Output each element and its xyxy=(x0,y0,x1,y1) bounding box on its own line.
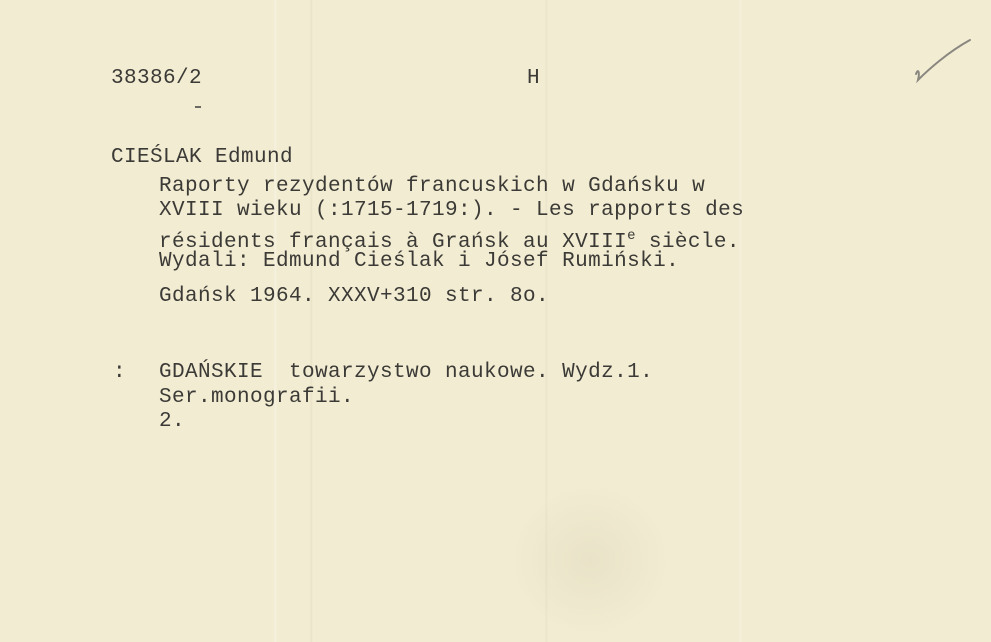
author-heading: CIEŚLAK Edmund xyxy=(111,147,293,169)
title-line-4: Wydali: Edmund Cieślak i Jósef Rumiński. xyxy=(159,251,679,273)
series-line-3: 2. xyxy=(159,411,185,433)
title-line-2: XVIII wieku (:1715-1719:). - Les rapport… xyxy=(159,200,744,222)
shelf-mark: H xyxy=(527,68,540,90)
checkmark-icon xyxy=(908,36,978,86)
pencil-mark xyxy=(195,106,201,108)
imprint: Gdańsk 1964. XXXV+310 str. 8o. xyxy=(159,286,549,308)
series-line-2: Ser.monografii. xyxy=(159,387,354,409)
series-marker: : xyxy=(113,362,126,384)
superscript: e xyxy=(627,228,636,244)
catalog-card: 38386/2 H CIEŚLAK Edmund Raporty rezyden… xyxy=(0,0,991,642)
title-line-1: Raporty rezydentów francuskich w Gdańsku… xyxy=(159,176,705,198)
call-number: 38386/2 xyxy=(111,68,202,90)
series-line-1: GDAŃSKIE towarzystwo naukowe. Wydz.1. xyxy=(159,362,653,384)
